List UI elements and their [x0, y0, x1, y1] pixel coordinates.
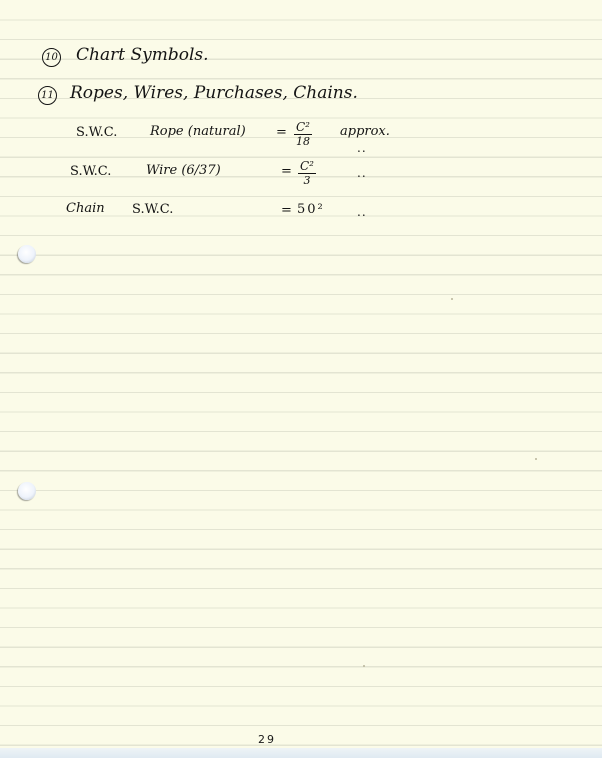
ditto-mark: ..	[357, 141, 367, 155]
formula-2-denominator: 3	[298, 174, 316, 187]
formula-3-ditto: ..	[357, 205, 367, 219]
formula-2-ditto: ..	[357, 166, 367, 180]
formula-1-numerator: C²	[294, 120, 312, 135]
paper-speck	[451, 298, 453, 300]
formula-2-prefix: S.W.C.	[70, 164, 111, 179]
binder-hole-top	[18, 245, 36, 263]
formula-1-equals: =	[276, 125, 287, 140]
formula-2-fraction: C² 3	[298, 159, 316, 187]
formula-2-numerator: C²	[298, 159, 316, 174]
formula-1-suffix: approx.	[340, 124, 390, 139]
section-number-11: 11	[38, 86, 57, 105]
formula-1-prefix: S.W.C.	[76, 125, 117, 140]
formula-2-subject: Wire (6/37)	[146, 163, 221, 178]
page-number: 29	[258, 733, 276, 746]
binder-hole-bottom	[18, 482, 36, 500]
paper-speck	[535, 458, 537, 460]
paper-speck	[363, 665, 365, 667]
scan-bottom-edge	[0, 748, 602, 758]
formula-2-equals: =	[281, 164, 292, 179]
formula-1-denominator: 18	[294, 135, 312, 148]
section-number-10: 10	[42, 48, 61, 67]
formula-3-prefix: Chain	[66, 201, 105, 216]
formula-3-equals: =	[281, 203, 292, 218]
formula-3-value: 50²	[297, 202, 325, 217]
notebook-page: 10 Chart Symbols. 11 Ropes, Wires, Purch…	[0, 0, 602, 758]
formula-3-subject: S.W.C.	[132, 202, 173, 217]
section-title-ropes-wires: Ropes, Wires, Purchases, Chains.	[70, 83, 358, 103]
formula-1-subject: Rope (natural)	[150, 124, 246, 139]
section-title-chart-symbols: Chart Symbols.	[76, 45, 209, 65]
formula-1-fraction: C² 18	[294, 120, 312, 148]
